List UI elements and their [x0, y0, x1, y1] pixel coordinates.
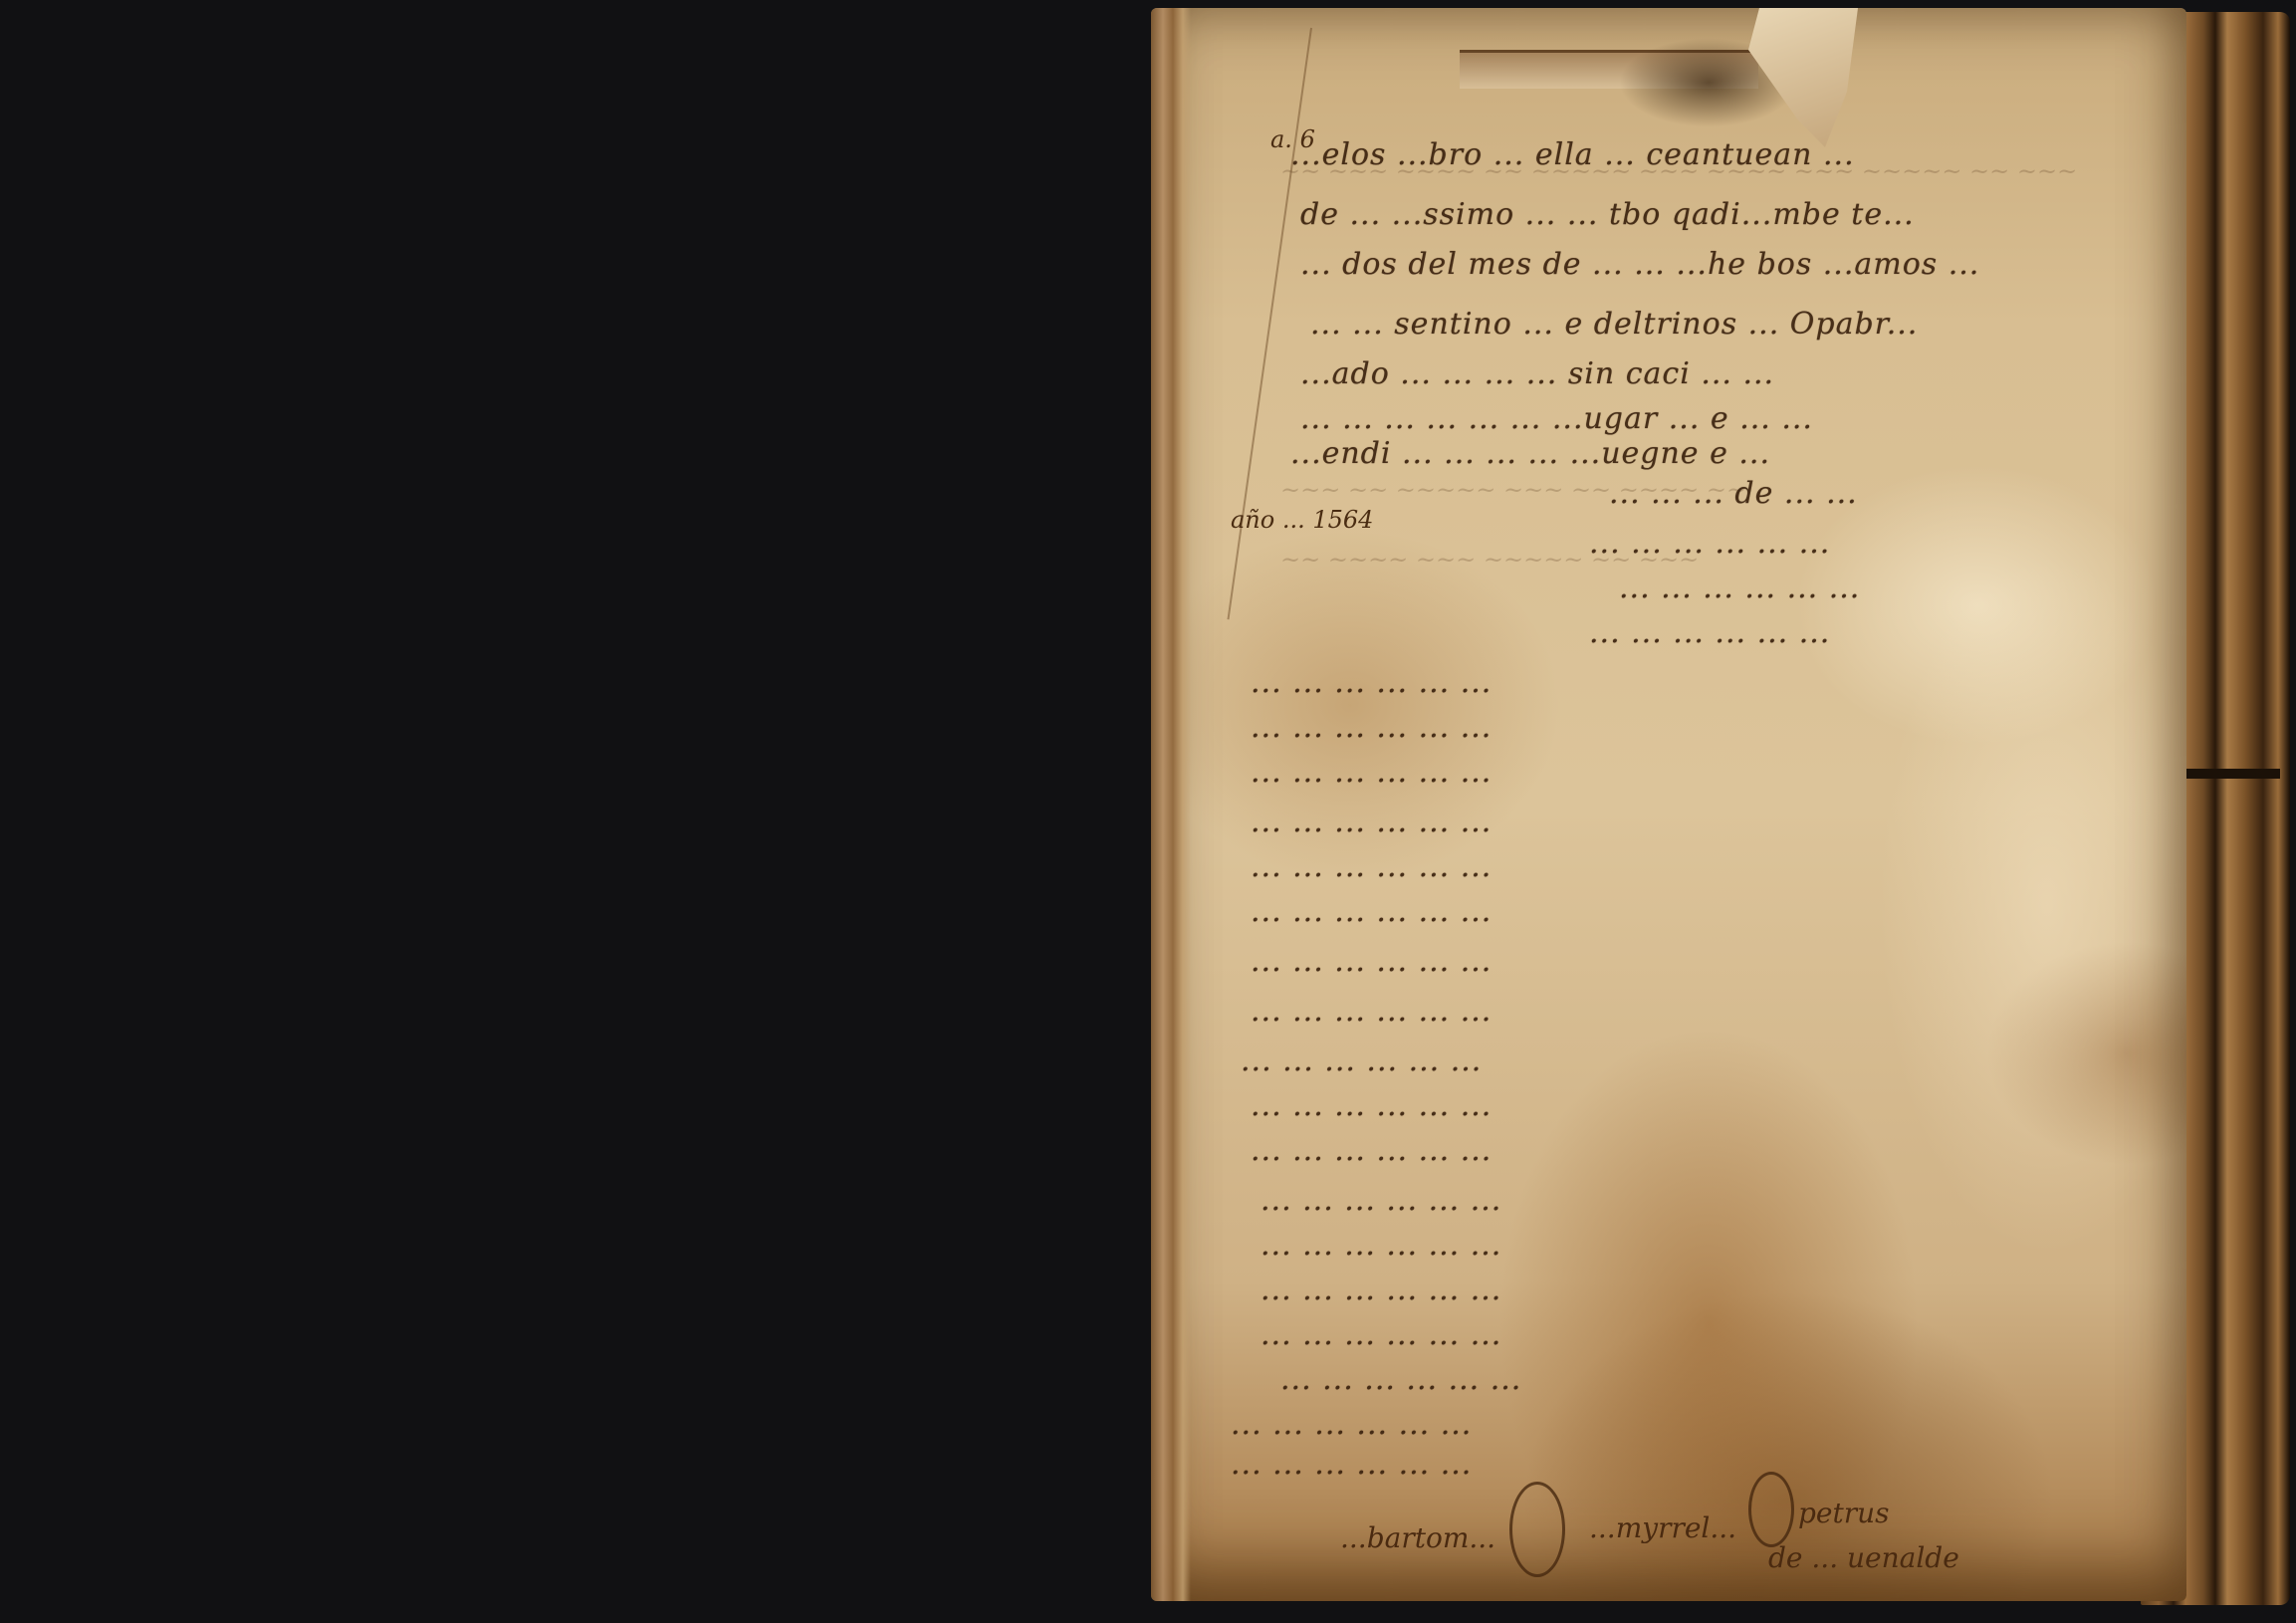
binding-edge [1151, 8, 1191, 1601]
manuscript-line: ... ... sentino ... e deltrinos ... Opab… [1310, 307, 1918, 342]
manuscript-line: ... ... ... ... ... ... [1251, 805, 1492, 839]
manuscript-line: ... ... ... ... ... ... [1280, 1362, 1521, 1397]
manuscript-line: ... ... ... de ... ... [1609, 476, 1858, 511]
manuscript-page: ~~ ~~~ ~~~~ ~~ ~~~~~ ~~~ ~~~~ ~~~ ~~~~~ … [1151, 8, 2186, 1601]
manuscript-line: ... ... ... ... ... ... [1261, 1317, 1501, 1352]
manuscript-line: ... ... ... ... ... ... [1231, 1447, 1472, 1482]
manuscript-line: ...ado ... ... ... ... sin caci ... ... [1300, 356, 1774, 391]
manuscript-line: ... ... ... ... ... ... [1261, 1183, 1501, 1218]
manuscript-line: ... ... ... ... ... ... [1619, 571, 1860, 605]
manuscript-line: ... ... ... ... ... ... [1241, 1043, 1482, 1078]
manuscript-line: ... ... ... ... ... ... [1261, 1273, 1501, 1307]
margin-note-year: año ... 1564 [1231, 506, 1373, 534]
manuscript-line: ... ... ... ... ... ... [1231, 1407, 1472, 1442]
manuscript-line: ... ... ... ... ... ... [1589, 526, 1830, 561]
signature: ...bartom... [1340, 1521, 1495, 1554]
manuscript-line: ... dos del mes de ... ... ...he bos ...… [1300, 247, 1979, 282]
manuscript-line: ... ... ... ... ... ... [1261, 1228, 1501, 1263]
manuscript-line: ... ... ... ... ... ... [1251, 994, 1492, 1029]
manuscript-line: ... ... ... ... ... ... ...ugar ... e ..… [1300, 401, 1813, 436]
manuscript-line: ... ... ... ... ... ... [1251, 710, 1492, 745]
manuscript-line: ...elos ...bro ... ella ... ceantuean ..… [1290, 137, 1855, 172]
manuscript-line: ... ... ... ... ... ... [1251, 849, 1492, 884]
manuscript-line: ... ... ... ... ... ... [1589, 615, 1830, 650]
signature-flourish [1509, 1482, 1565, 1577]
viewer-background [0, 0, 1145, 1623]
signature-petrus: petrus [1798, 1497, 1890, 1529]
manuscript-line: de ... ...ssimo ... ... tbo qadi...mbe t… [1300, 197, 1915, 232]
manuscript-line: ... ... ... ... ... ... [1251, 665, 1492, 700]
manuscript-line: ... ... ... ... ... ... [1251, 894, 1492, 929]
signature-flourish [1748, 1472, 1794, 1547]
signature: de ... uenalde [1768, 1541, 1959, 1574]
manuscript-line: ...endi ... ... ... ... ...uegne e ... [1290, 436, 1770, 471]
manuscript-line: ... ... ... ... ... ... [1251, 1088, 1492, 1123]
signature: ...myrrel... [1589, 1511, 1736, 1544]
manuscript-line: ... ... ... ... ... ... [1251, 1133, 1492, 1168]
manuscript-line: ... ... ... ... ... ... [1251, 755, 1492, 790]
document-image: ~~ ~~~ ~~~~ ~~ ~~~~~ ~~~ ~~~~ ~~~ ~~~~~ … [1145, 8, 2296, 1617]
manuscript-line: ... ... ... ... ... ... [1251, 944, 1492, 979]
